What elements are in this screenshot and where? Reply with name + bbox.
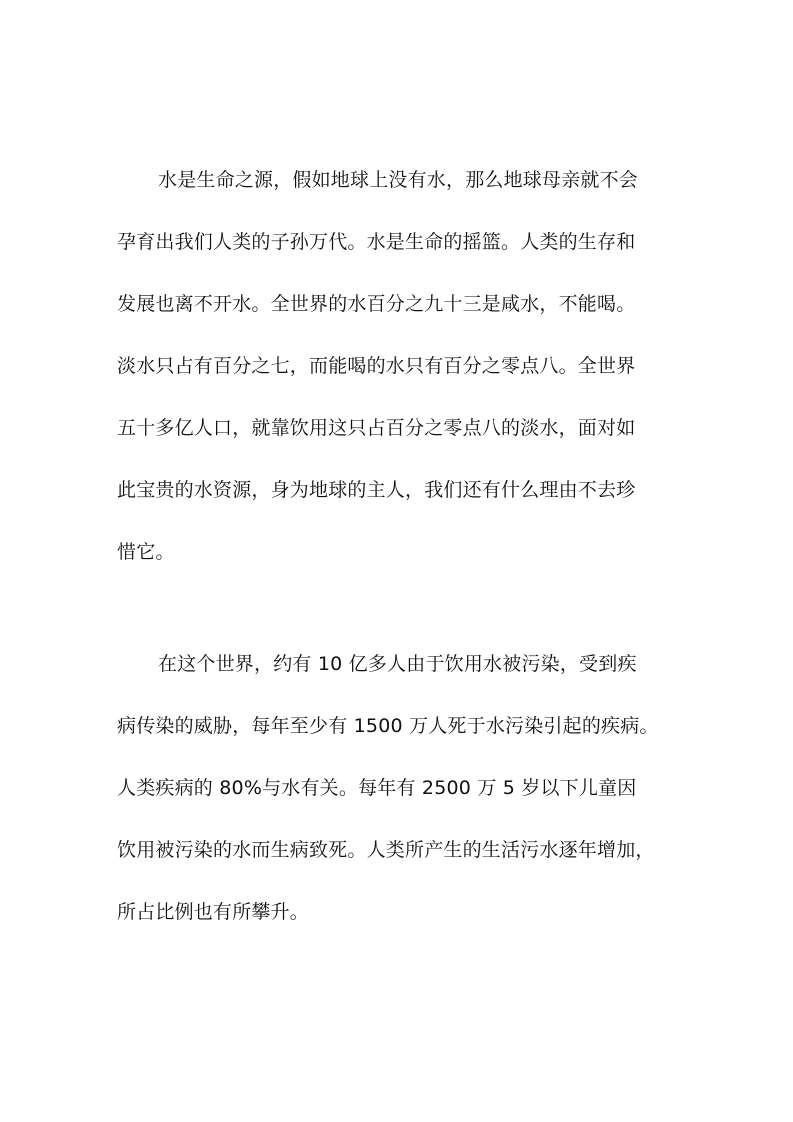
text-line: 淡水只占有百分之七，而能喝的水只有百分之零点八。全世界 [117, 354, 635, 378]
text-line: 人类疾病的 80%与水有关。每年有 2500 万 5 岁以下儿童因 [117, 776, 636, 800]
text-line: 所占比例也有所攀升。 [117, 900, 309, 924]
text-line: 五十多亿人口，就靠饮用这只占百分之零点八的淡水，面对如 [117, 416, 635, 440]
document-page: 水是生命之源，假如地球上没有水，那么地球母亲就不会 孕育出我们人类的子孙万代。水… [0, 0, 793, 1122]
text-line: 在这个世界，约有 10 亿多人由于饮用水被污染，受到疾 [158, 652, 637, 676]
text-line: 惜它。 [117, 540, 175, 564]
text-line: 发展也离不开水。全世界的水百分之九十三是咸水，不能喝。 [117, 292, 635, 316]
text-line: 水是生命之源，假如地球上没有水，那么地球母亲就不会 [158, 168, 638, 192]
text-line: 病传染的威胁，每年至少有 1500 万人死于水污染引起的疾病。 [117, 714, 659, 738]
text-line: 孕育出我们人类的子孙万代。水是生命的摇篮。人类的生存和 [117, 230, 635, 254]
text-line: 此宝贵的水资源，身为地球的主人，我们还有什么理由不去珍 [117, 478, 635, 502]
text-line: 饮用被污染的水而生病致死。人类所产生的生活污水逐年增加， [117, 838, 655, 862]
